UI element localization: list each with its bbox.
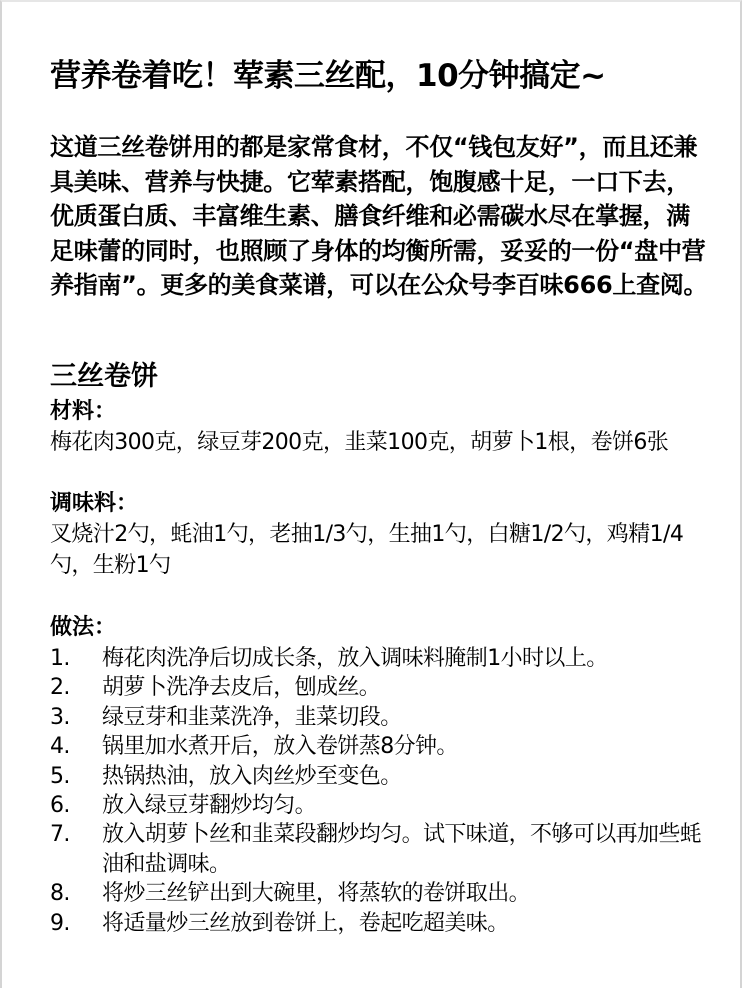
step-item: 7. 放入胡萝卜丝和韭菜段翻炒均匀。试下味道，不够可以再加些蚝油和盐调味。 bbox=[50, 820, 710, 879]
seasoning-text: 叉烧汁2勺，蚝油1勺，老抽1/3勺，生抽1勺，白糖1/2勺，鸡精1/4勺，生粉1… bbox=[50, 519, 710, 581]
intro-paragraph: 这道三丝卷饼用的都是家常食材，不仅“钱包友好”，而且还兼具美味、营养与快捷。它荤… bbox=[50, 130, 710, 303]
step-number: 5. bbox=[50, 762, 102, 791]
step-item: 9. 将适量炒三丝放到卷饼上，卷起吃超美味。 bbox=[50, 909, 710, 938]
method-label: 做法： bbox=[50, 613, 116, 643]
step-number: 1. bbox=[50, 644, 102, 673]
step-item: 6. 放入绿豆芽翻炒均匀。 bbox=[50, 791, 710, 820]
step-text: 锅里加水煮开后，放入卷饼蒸8分钟。 bbox=[102, 732, 710, 761]
step-number: 6. bbox=[50, 791, 102, 820]
step-text: 将适量炒三丝放到卷饼上，卷起吃超美味。 bbox=[102, 909, 710, 938]
step-number: 3. bbox=[50, 703, 102, 732]
document-page: 营养卷着吃！荤素三丝配，10分钟搞定~ 这道三丝卷饼用的都是家常食材，不仅“钱包… bbox=[0, 0, 742, 988]
seasoning-label: 调味料： bbox=[50, 489, 138, 519]
ingredients-label: 材料： bbox=[50, 397, 116, 427]
step-text: 绿豆芽和韭菜洗净，韭菜切段。 bbox=[102, 703, 710, 732]
step-item: 8. 将炒三丝铲出到大碗里，将蒸软的卷饼取出。 bbox=[50, 879, 710, 908]
step-item: 5. 热锅热油，放入肉丝炒至变色。 bbox=[50, 762, 710, 791]
step-number: 9. bbox=[50, 909, 102, 938]
step-number: 8. bbox=[50, 879, 102, 908]
step-text: 放入绿豆芽翻炒均匀。 bbox=[102, 791, 710, 820]
step-item: 4. 锅里加水煮开后，放入卷饼蒸8分钟。 bbox=[50, 732, 710, 761]
step-text: 将炒三丝铲出到大碗里，将蒸软的卷饼取出。 bbox=[102, 879, 710, 908]
step-item: 1. 梅花肉洗净后切成长条，放入调味料腌制1小时以上。 bbox=[50, 644, 710, 673]
step-text: 热锅热油，放入肉丝炒至变色。 bbox=[102, 762, 710, 791]
step-item: 3. 绿豆芽和韭菜洗净，韭菜切段。 bbox=[50, 703, 710, 732]
step-number: 4. bbox=[50, 732, 102, 761]
steps-list: 1. 梅花肉洗净后切成长条，放入调味料腌制1小时以上。 2. 胡萝卜洗净去皮后，… bbox=[50, 644, 710, 938]
page-title: 营养卷着吃！荤素三丝配，10分钟搞定~ bbox=[50, 56, 606, 96]
step-text: 梅花肉洗净后切成长条，放入调味料腌制1小时以上。 bbox=[102, 644, 710, 673]
step-number: 7. bbox=[50, 820, 102, 879]
step-number: 2. bbox=[50, 673, 102, 702]
step-text: 放入胡萝卜丝和韭菜段翻炒均匀。试下味道，不够可以再加些蚝油和盐调味。 bbox=[102, 820, 710, 879]
ingredients-text: 梅花肉300克，绿豆芽200克，韭菜100克，胡萝卜1根，卷饼6张 bbox=[50, 427, 710, 458]
step-item: 2. 胡萝卜洗净去皮后，刨成丝。 bbox=[50, 673, 710, 702]
recipe-title: 三丝卷饼 bbox=[50, 359, 158, 395]
step-text: 胡萝卜洗净去皮后，刨成丝。 bbox=[102, 673, 710, 702]
